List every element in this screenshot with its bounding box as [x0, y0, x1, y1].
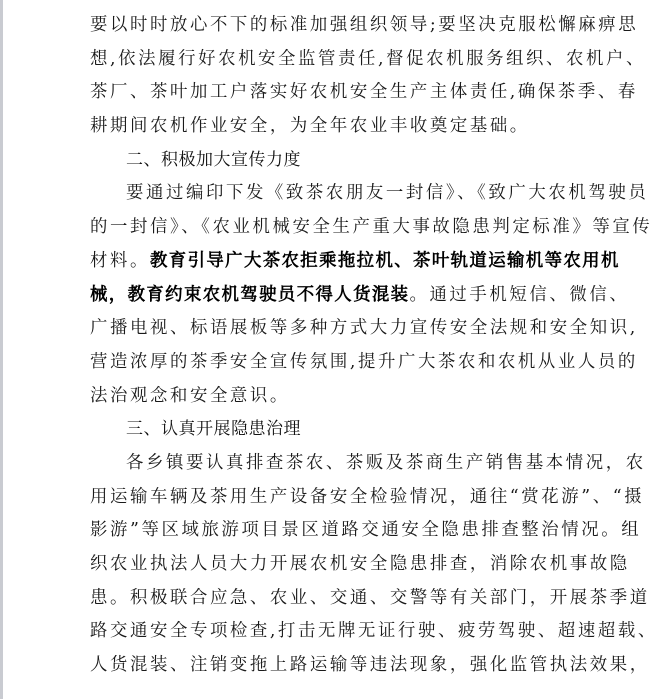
text-line: 耕期间农机作业安全，为全年农业丰收奠定基础。	[90, 110, 578, 144]
text-normal: 。通过手机短信、微信、	[409, 285, 629, 305]
section-heading-2: 二、积极加大宣传力度	[90, 144, 578, 178]
text-line: 材料。教育引导广大茶农拒乘拖拉机、茶叶轨道运输机等农用机	[90, 245, 578, 279]
text-line: 法治观念和安全意识。	[90, 380, 578, 414]
text-line: 人货混装、注销变拖上路运输等违法现象，强化监管执法效果，	[90, 649, 578, 683]
text-line: 要以时时放心不下的标准加强组织领导;要坚决克服松懈麻痹思	[90, 9, 578, 43]
text-line: 各乡镇要认真排查茶农、茶贩及茶商生产销售基本情况，农	[90, 447, 578, 481]
text-normal: 材料。	[90, 251, 150, 271]
text-line: 路交通安全专项检查,打击无牌无证行驶、疲劳驾驶、超速超载、	[90, 615, 578, 649]
text-line: 的一封信》、《农业机械安全生产重大事故隐患判定标准》等宣传	[90, 211, 578, 245]
text-line: 影游”等区域旅游项目景区道路交通安全隐患排查整治情况。组	[90, 514, 578, 548]
text-line: 想,依法履行好农机安全监管责任,督促农机服务组织、农机户、	[90, 43, 578, 77]
document-page: 要以时时放心不下的标准加强组织领导;要坚决克服松懈麻痹思 想,依法履行好农机安全…	[90, 9, 578, 683]
text-line: 营造浓厚的茶季安全宣传氛围,提升广大茶农和农机从业人员的	[90, 346, 578, 380]
paragraph-1: 要以时时放心不下的标准加强组织领导;要坚决克服松懈麻痹思 想,依法履行好农机安全…	[90, 9, 578, 144]
text-line: 患。积极联合应急、农业、交通、交警等有关部门，开展茶季道	[90, 582, 578, 616]
page-left-edge	[0, 0, 3, 699]
section-heading-3: 三、认真开展隐患治理	[90, 413, 578, 447]
text-line: 广播电视、标语展板等多种方式大力宣传安全法规和安全知识,	[90, 312, 578, 346]
text-line: 茶厂、茶叶加工户落实好农机安全生产主体责任,确保茶季、春	[90, 76, 578, 110]
text-line: 用运输车辆及茶用生产设备安全检验情况，通往“赏花游”、“摄	[90, 481, 578, 515]
paragraph-3: 各乡镇要认真排查茶农、茶贩及茶商生产销售基本情况，农 用运输车辆及茶用生产设备安…	[90, 447, 578, 683]
paragraph-2: 要通过编印下发《致茶农朋友一封信》、《致广大农机驾驶员 的一封信》、《农业机械安…	[90, 177, 578, 413]
text-line: 织农业执法人员大力开展农机安全隐患排查，消除农机事故隐	[90, 548, 578, 582]
text-line: 械，教育约束农机驾驶员不得人货混装。通过手机短信、微信、	[90, 279, 578, 313]
text-line: 要通过编印下发《致茶农朋友一封信》、《致广大农机驾驶员	[90, 177, 578, 211]
text-bold-emphasis: 教育引导广大茶农拒乘拖拉机、茶叶轨道运输机等农用机	[150, 251, 620, 271]
text-bold-emphasis: 械，教育约束农机驾驶员不得人货混装	[90, 285, 409, 305]
